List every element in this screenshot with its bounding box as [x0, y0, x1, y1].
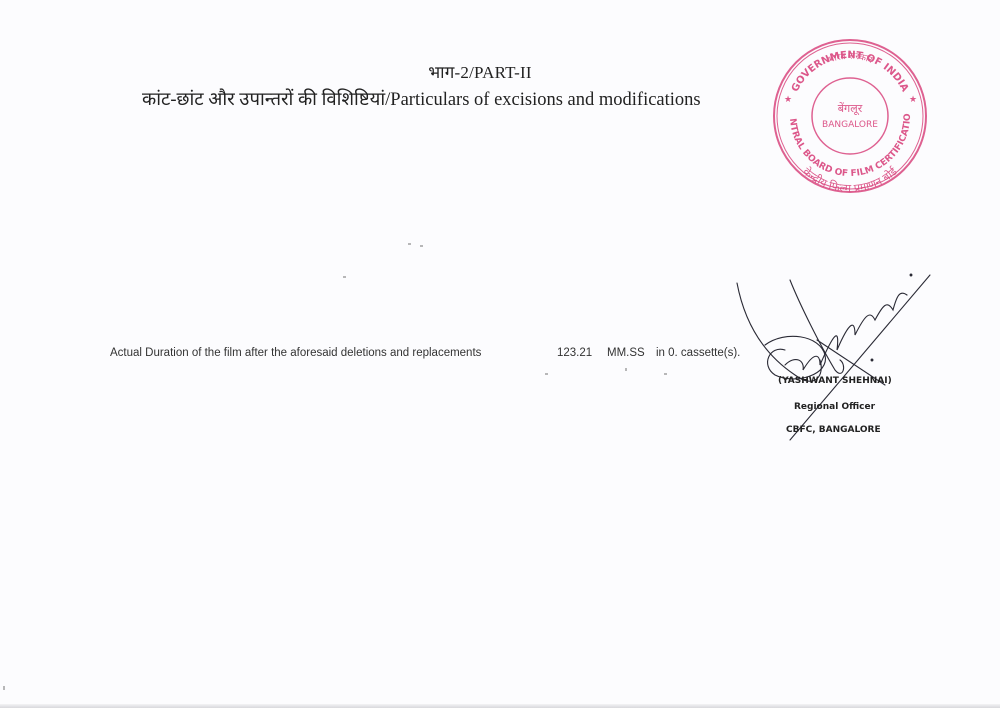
officer-signature	[725, 265, 945, 445]
cbfc-seal-stamp: GOVERNMENT OF INDIA CENTRAL BOARD OF FIL…	[770, 36, 930, 196]
duration-label: Actual Duration of the film after the af…	[110, 347, 481, 359]
stamp-center-english: BANGALORE	[822, 120, 878, 130]
stamp-star-icon: ★	[784, 95, 792, 105]
officer-office: CBFC, BANGALORE	[786, 425, 881, 435]
scan-speck	[545, 373, 548, 375]
scan-speck	[408, 243, 411, 245]
cassette-count: in 0. cassette(s).	[656, 347, 740, 359]
scan-speck	[664, 373, 667, 375]
duration-value: 123.21	[557, 347, 592, 359]
stamp-center-hindi: बेंगलूर	[838, 102, 863, 116]
officer-name: (YASHWANT SHEHNAI)	[778, 376, 892, 386]
duration-unit: MM.SS	[607, 347, 645, 359]
scan-speck	[3, 686, 5, 690]
scan-speck	[420, 245, 423, 247]
officer-title: Regional Officer	[794, 402, 875, 412]
scan-speck	[343, 276, 346, 278]
section-title: कांट-छांट और उपान्तरों की विशिष्टियां/Pa…	[142, 86, 701, 111]
stamp-star-icon: ★	[909, 95, 917, 105]
scan-bottom-edge	[0, 704, 1000, 708]
document-page: भाग-2/PART-II कांट-छांट और उपान्तरों की …	[0, 0, 1000, 708]
scan-speck	[625, 368, 627, 371]
